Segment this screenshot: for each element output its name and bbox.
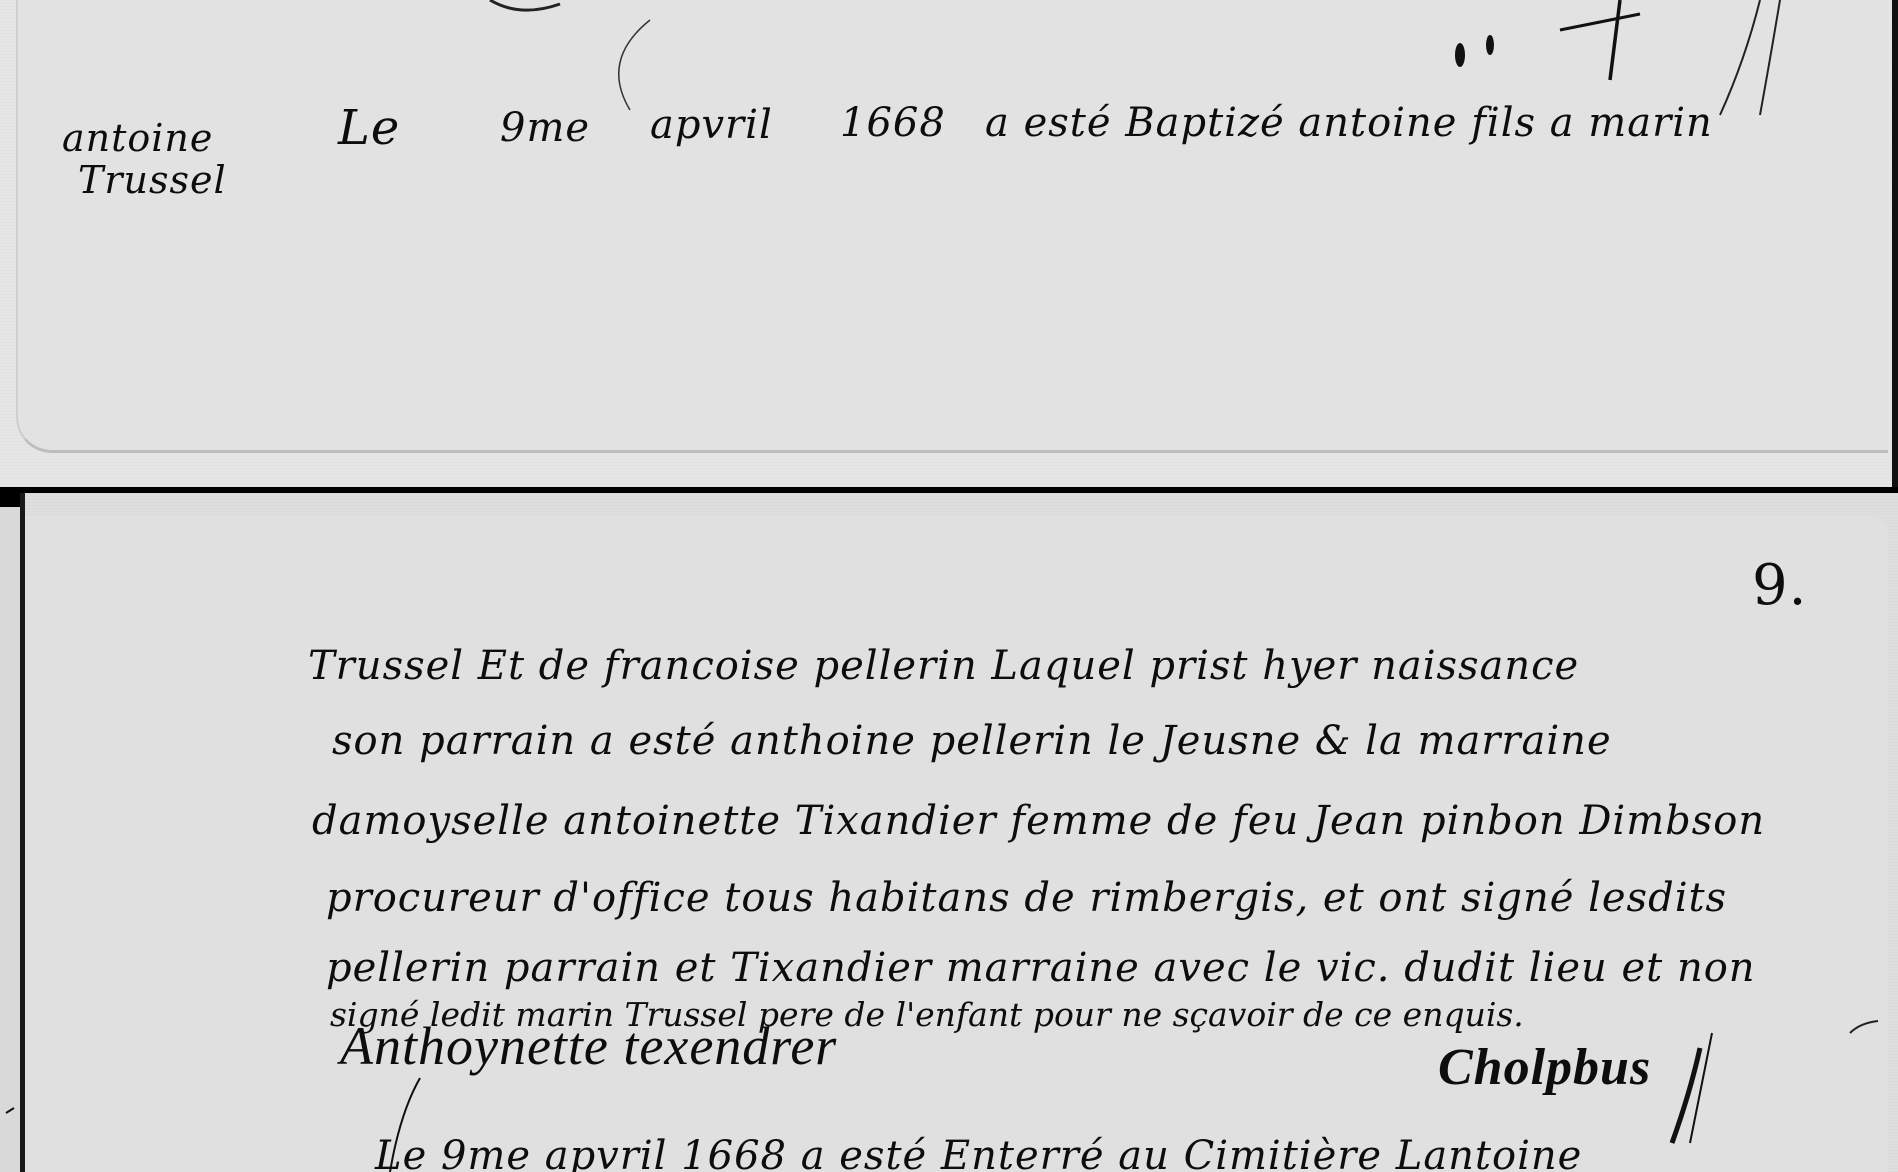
entry-text: a esté Baptizé antoine fils a marin — [985, 100, 1713, 146]
margin-name-last: Trussel — [78, 160, 227, 200]
entry-year: 1668 — [840, 100, 946, 146]
register-page-top: antoine Trussel Le 9me apvril 1668 a est… — [0, 0, 1898, 487]
register-page-bottom: 9. Trussel Et de francoise pellerin Laqu… — [0, 493, 1898, 1172]
next-entry-start: Le 9me apvril 1668 a esté Enterré au Cim… — [375, 1133, 1582, 1172]
ink-flourishes — [0, 493, 1898, 1172]
entry-month: apvril — [650, 102, 773, 148]
entry-opening: Le — [338, 100, 400, 156]
margin-name-first: antoine — [62, 118, 213, 158]
entry-day: 9me — [500, 105, 590, 151]
